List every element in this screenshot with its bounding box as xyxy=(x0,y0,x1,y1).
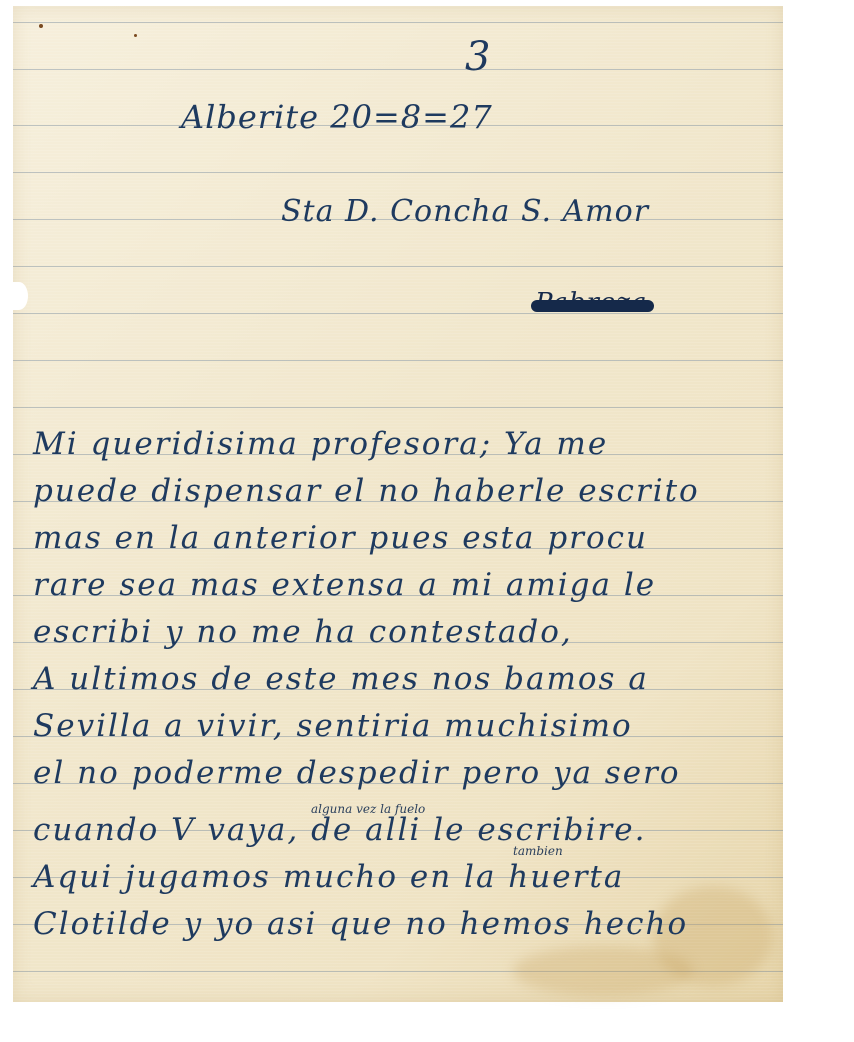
paper-stain xyxy=(513,946,693,996)
body-line: Sevilla a vivir, sentiria muchisimo xyxy=(33,708,633,744)
place-date: Alberite 20=8=27 xyxy=(181,98,493,136)
body-line: Aqui jugamos mucho en la huerta xyxy=(33,859,624,895)
recipient: Sta D. Concha S. Amor xyxy=(281,194,649,229)
paper-spot xyxy=(134,34,137,37)
paper-spot xyxy=(39,24,43,28)
body-line: rare sea mas extensa a mi amiga le xyxy=(33,567,656,603)
body-line: cuando V vaya, de alli le escribire. xyxy=(33,812,646,848)
body-line: el no poderme despedir pero ya sero xyxy=(33,755,681,791)
body-line: A ultimos de este mes nos bamos a xyxy=(33,661,649,697)
letter-paper: 3 Alberite 20=8=27 Sta D. Concha S. Amor… xyxy=(13,6,783,1002)
body-line: puede dispensar el no haberle escrito xyxy=(33,473,700,509)
paper-tear xyxy=(10,282,28,310)
struck-out-word: Pabreza xyxy=(535,288,648,318)
interlinear-annotation: tambien xyxy=(513,844,563,858)
body-line: Clotilde y yo asi que no hemos hecho xyxy=(33,906,688,942)
body-line: escribi y no me ha contestado, xyxy=(33,614,573,650)
body-line: mas en la anterior pues esta procu xyxy=(33,520,648,556)
page-number: 3 xyxy=(465,34,491,80)
body-line: Mi queridisima profesora; Ya me xyxy=(33,426,608,462)
